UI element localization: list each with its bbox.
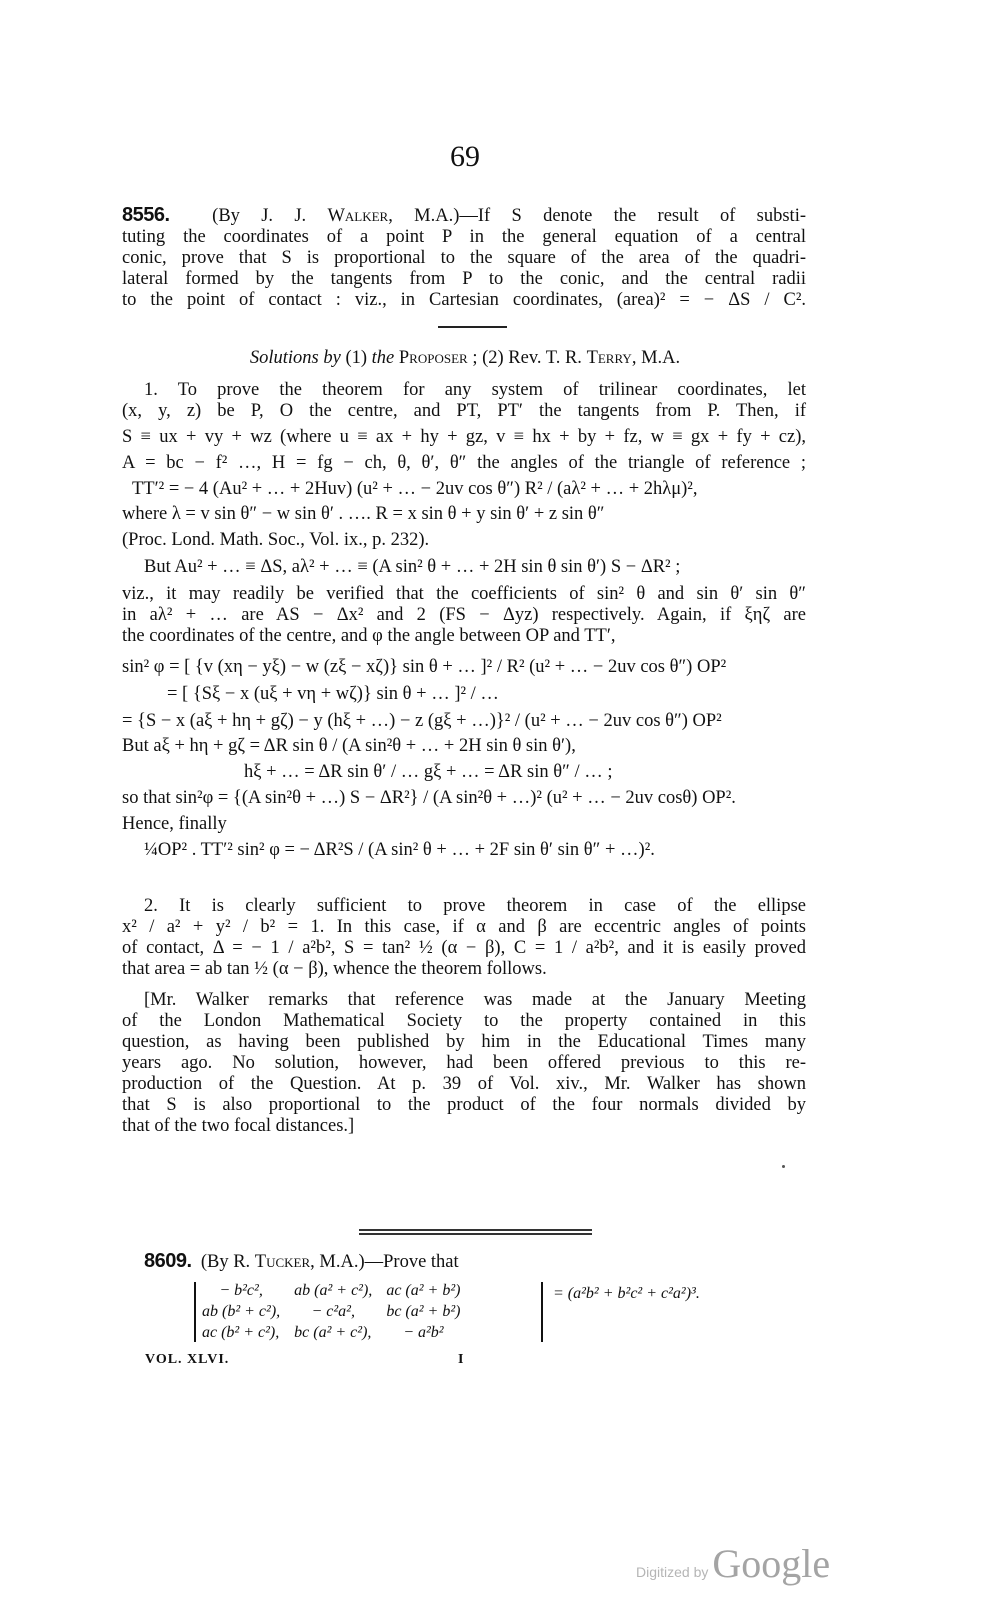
- text-line: of contact, Δ = − 1 / a²b², S = tan² ½ (…: [122, 938, 806, 959]
- watermark-prefix: Digitized by: [636, 1564, 708, 1580]
- matrix-cell: ab (a² + c²),: [290, 1280, 382, 1301]
- text-line: in aλ² + … are AS − Δx² and 2 (FS − Δyz)…: [122, 605, 806, 626]
- equation-line: S ≡ ux + vy + wz (where u ≡ ax + hy + gz…: [122, 427, 806, 448]
- equation-line: TT′² = − 4 (Au² + … + 2Huv) (u² + … − 2u…: [122, 479, 806, 500]
- question-8609-heading: 8609. (By R. Tucker, M.A.)—Prove that: [122, 1251, 806, 1273]
- text-line: lateral formed by the tangents from P to…: [122, 269, 806, 290]
- editorial-remark: [Mr. Walker remarks that reference was m…: [122, 990, 806, 1137]
- equation-line: so that sin²φ = {(A sin²θ + …) S − ΔR²} …: [122, 788, 806, 809]
- determinant-left-bar: [194, 1282, 196, 1342]
- matrix-cell: − b²c²,: [198, 1280, 290, 1301]
- question-8556-heading: 8556. (By J. J. Walker, M.A.)—If S denot…: [122, 205, 806, 227]
- determinant-result: = (a²b² + b²c² + c²a²)³.: [553, 1283, 700, 1304]
- page-number: 69: [0, 140, 930, 174]
- equation-line: = {S − x (aξ + hη + gζ) − y (hξ + …) − z…: [122, 711, 806, 732]
- equation-line: = [ {Sξ − x (uξ + vη + wζ)} sin θ + … ]²…: [122, 684, 806, 705]
- text-line: of the London Mathematical Society to th…: [122, 1011, 806, 1032]
- text-line: (x, y, z) be P, O the centre, and PT, PT…: [122, 401, 806, 422]
- determinant: − b²c², ab (a² + c²), ac (a² + b²) ab (b…: [198, 1280, 470, 1343]
- text-line: conic, prove that S is proportional to t…: [122, 248, 806, 269]
- text-line: to the point of contact : viz., in Carte…: [122, 290, 806, 311]
- question-number: 8556.: [122, 204, 170, 226]
- equation-line: A = bc − f² …, H = fg − ch, θ, θ′, θ″ th…: [122, 453, 806, 474]
- volume-signature: VOL. XLVI.: [145, 1352, 229, 1368]
- print-speck: [782, 1165, 785, 1168]
- text-line: x² / a² + y² / b² = 1. In this case, if …: [122, 917, 806, 938]
- section-divider: [438, 326, 507, 328]
- matrix-cell: ac (a² + b²): [382, 1280, 470, 1301]
- text-line: that area = ab tan ½ (α − β), whence the…: [122, 959, 806, 980]
- text-line: tuting the coordinates of a point P in t…: [122, 227, 806, 248]
- google-logo: Google: [712, 1541, 830, 1586]
- text-line: viz., it may readily be verified that th…: [122, 584, 806, 605]
- matrix-cell: ac (b² + c²),: [198, 1322, 290, 1343]
- solution-1: 1. To prove the theorem for any system o…: [122, 380, 806, 861]
- text-line: that of the two focal distances.]: [122, 1116, 806, 1137]
- text-line: Hence, finally: [122, 814, 806, 835]
- text-line: production of the Question. At p. 39 of …: [122, 1074, 806, 1095]
- solution-2: 2. It is clearly sufficient to prove the…: [122, 896, 806, 980]
- author-name: Tucker: [255, 1252, 310, 1272]
- reference-line: (Proc. Lond. Math. Soc., Vol. ix., p. 23…: [122, 530, 806, 551]
- equation-line: But aξ + hη + gζ = ΔR sin θ / (A sin²θ +…: [122, 736, 806, 757]
- question-number: 8609.: [144, 1250, 192, 1272]
- equation-line: But Au² + … ≡ ΔS, aλ² + … ≡ (A sin² θ + …: [122, 557, 806, 578]
- question-8556: 8556. (By J. J. Walker, M.A.)—If S denot…: [122, 205, 806, 311]
- matrix-cell: − a²b²: [382, 1322, 470, 1343]
- text-line: 2. It is clearly sufficient to prove the…: [122, 896, 806, 917]
- text-line: that S is also proportional to the produ…: [122, 1095, 806, 1116]
- section-double-divider: [359, 1229, 592, 1235]
- text-line: years ago. No solution, however, had bee…: [122, 1053, 806, 1074]
- equation-line: sin² φ = [ {v (xη − yξ) − w (zξ − xζ)} s…: [122, 657, 806, 678]
- solutions-heading: Solutions by (1) the Proposer ; (2) Rev.…: [0, 348, 930, 369]
- matrix-cell: ab (b² + c²),: [198, 1301, 290, 1322]
- text-line: 1. To prove the theorem for any system o…: [122, 380, 806, 401]
- matrix-row: − b²c², ab (a² + c²), ac (a² + b²): [198, 1280, 470, 1301]
- text-line: [Mr. Walker remarks that reference was m…: [122, 990, 806, 1011]
- determinant-matrix: − b²c², ab (a² + c²), ac (a² + b²) ab (b…: [198, 1280, 470, 1343]
- signature-mark: I: [458, 1352, 464, 1368]
- digitization-watermark: Digitized by Google: [636, 1540, 830, 1587]
- matrix-row: ac (b² + c²), bc (a² + c²), − a²b²: [198, 1322, 470, 1343]
- matrix-row: ab (b² + c²), − c²a², bc (a² + b²): [198, 1301, 470, 1322]
- determinant-right-bar: [541, 1282, 543, 1342]
- equation-line: hξ + … = ΔR sin θ′ / … gξ + … = ΔR sin θ…: [122, 762, 806, 783]
- author-name: Walker: [327, 206, 388, 226]
- matrix-cell: bc (a² + c²),: [290, 1322, 382, 1343]
- matrix-cell: − c²a²,: [290, 1301, 382, 1322]
- equation-line: ¼OP² . TT′² sin² φ = − ΔR²S / (A sin² θ …: [122, 840, 806, 861]
- text-line: the coordinates of the centre, and φ the…: [122, 626, 806, 647]
- matrix-cell: bc (a² + b²): [382, 1301, 470, 1322]
- equation-line: where λ = v sin θ″ − w sin θ′ . …. R = x…: [122, 504, 806, 525]
- text-line: question, as having been published by hi…: [122, 1032, 806, 1053]
